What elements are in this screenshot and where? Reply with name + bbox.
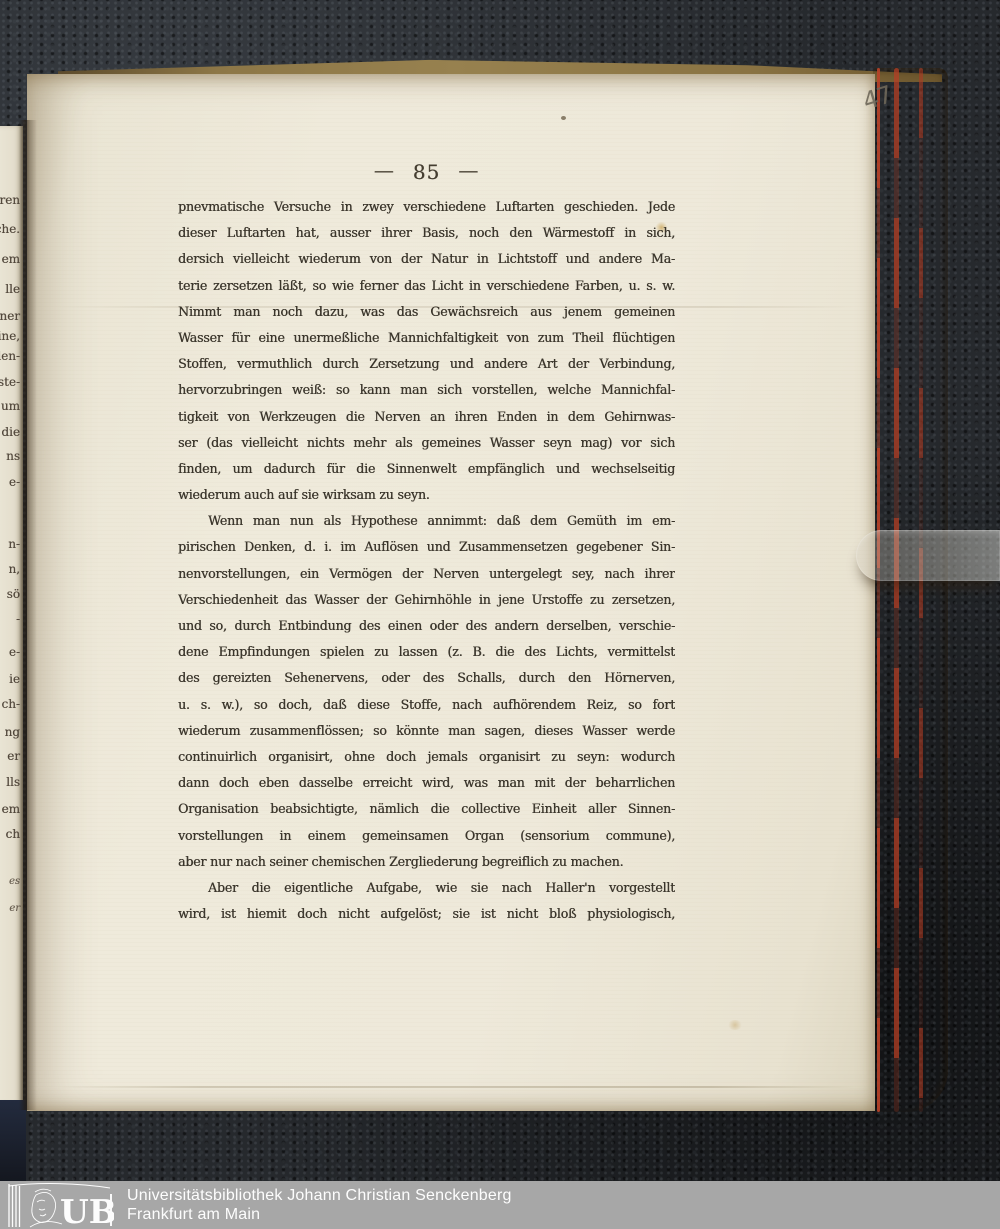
- facing-page-text-fragment: em: [2, 803, 20, 815]
- book-scan: renche.emllenerine,len-ste-umdiense-n-n,…: [0, 0, 1000, 1229]
- text-line: dersich vielleicht wiederum von der Natu…: [178, 246, 675, 272]
- facing-page-text-fragment: che.: [0, 223, 20, 235]
- facing-page-text-fragment: ch: [6, 828, 20, 840]
- facing-page-text-fragment: sö: [7, 588, 20, 600]
- text-line: pnevmatische Versuche in zwey verschiede…: [178, 194, 675, 220]
- ink-speck: [561, 116, 566, 120]
- library-logo-icon: UB: [6, 1182, 114, 1228]
- transparent-bookmark-tab: [856, 530, 1000, 581]
- page-number-header: —85—: [178, 160, 675, 184]
- book-fore-edge: [873, 68, 948, 1112]
- text-line: vorstellungen in einem gemeinsamen Organ…: [178, 823, 675, 849]
- paragraph: Wenn man nun als Hypothese annimmt: daß …: [178, 508, 675, 875]
- facing-page-text-fragment: em: [2, 253, 20, 265]
- paper-crease: [57, 1086, 855, 1088]
- header-dash: —: [374, 158, 395, 182]
- text-line: dieser Luftarten hat, ausser ihrer Basis…: [178, 220, 675, 246]
- text-line: nenvorstellungen, ein Vermögen der Nerve…: [178, 561, 675, 587]
- paragraph: pnevmatische Versuche in zwey verschiede…: [178, 194, 675, 508]
- facing-page-text-fragment: ng: [5, 726, 20, 738]
- text-line: des gereizten Sehenervens, oder des Scha…: [178, 665, 675, 691]
- book-page: —85— pnevmatische Versuche in zwey versc…: [27, 74, 875, 1111]
- page-number: 85: [413, 160, 440, 184]
- text-line: wird, ist hiemit doch nicht aufgelöst; s…: [178, 901, 675, 927]
- text-line: dene Empfindungen spielen zu lassen (z. …: [178, 639, 675, 665]
- fore-edge-red-stripe: [919, 68, 923, 1112]
- text-line: Wasser für eine unermeßliche Mannichfalt…: [178, 325, 675, 351]
- text-line: ser (das vielleicht nichts mehr als geme…: [178, 430, 675, 456]
- text-line: dann doch eben dasselbe erreicht wird, w…: [178, 770, 675, 796]
- facing-page-text-fragment: ns: [6, 450, 20, 462]
- paragraph: Aber die eigentliche Aufgabe, wie sie na…: [178, 875, 675, 927]
- foxing-spot: [727, 1020, 743, 1030]
- fore-edge-red-stripe: [894, 68, 899, 1112]
- text-line: Organisation beabsichtigte, nämlich die …: [178, 796, 675, 822]
- header-dash: —: [458, 158, 479, 182]
- text-line: aber nur nach seiner chemischen Zerglied…: [178, 849, 675, 875]
- text-line: Verschiedenheit das Wasser der Gehirnhöh…: [178, 587, 675, 613]
- text-line: tigkeit von Werkzeugen die Nerven an ihr…: [178, 404, 675, 430]
- facing-page-text-fragment: ste-: [0, 376, 20, 388]
- text-line: pirischen Denken, d. i. im Auflösen und …: [178, 534, 675, 560]
- logo-ub-text: UB: [60, 1192, 114, 1228]
- cover-edge: [0, 1100, 26, 1182]
- text-line: Aber die eigentliche Aufgabe, wie sie na…: [178, 875, 675, 901]
- text-line: und so, durch Entbindung des einen oder …: [178, 613, 675, 639]
- text-line: terie zersetzen läßt, so wie ferner das …: [178, 273, 675, 299]
- text-line: continuirlich organisirt, ohne doch jema…: [178, 744, 675, 770]
- library-name: Universitätsbibliothek Johann Christian …: [127, 1186, 512, 1224]
- logo-separator: [110, 1194, 112, 1226]
- facing-page-text-fragment: ch-: [1, 698, 20, 710]
- facing-page-text-fragment: ner: [0, 310, 20, 322]
- facing-page-text-fragment: lle: [5, 283, 20, 295]
- text-line: Nimmt man noch dazu, was das Gewächsreic…: [178, 299, 675, 325]
- gutter-shadow: [19, 120, 37, 1110]
- fore-edge-red-stripe: [877, 68, 880, 1112]
- library-name-line2: Frankfurt am Main: [127, 1205, 512, 1224]
- text-line: hervorzubringen weiß: so kann man sich v…: [178, 377, 675, 403]
- text-line: Stoffen, vermuthlich durch Zersetzung un…: [178, 351, 675, 377]
- facing-page-text-fragment: ren: [0, 194, 20, 206]
- facing-page-text-fragment: ine,: [0, 330, 20, 342]
- library-banner: UB Universitätsbibliothek Johann Christi…: [0, 1181, 1000, 1229]
- facing-page-text-fragment: len-: [0, 350, 20, 362]
- text-line: Wenn man nun als Hypothese annimmt: daß …: [178, 508, 675, 534]
- text-line: finden, um dadurch für die Sinnenwelt em…: [178, 456, 675, 482]
- facing-page-text-fragment: die: [1, 426, 20, 438]
- text-line: u. s. w.), so doch, daß diese Stoffe, na…: [178, 692, 675, 718]
- text-line: wiederum zusammenflössen; so könnte man …: [178, 718, 675, 744]
- text-line: wiederum auch auf sie wirksam zu seyn.: [178, 482, 675, 508]
- facing-page-text-fragment: lls: [6, 776, 20, 788]
- body-text: pnevmatische Versuche in zwey verschiede…: [178, 194, 675, 927]
- facing-page-text-fragment: um: [1, 400, 20, 412]
- library-name-line1: Universitätsbibliothek Johann Christian …: [127, 1186, 512, 1205]
